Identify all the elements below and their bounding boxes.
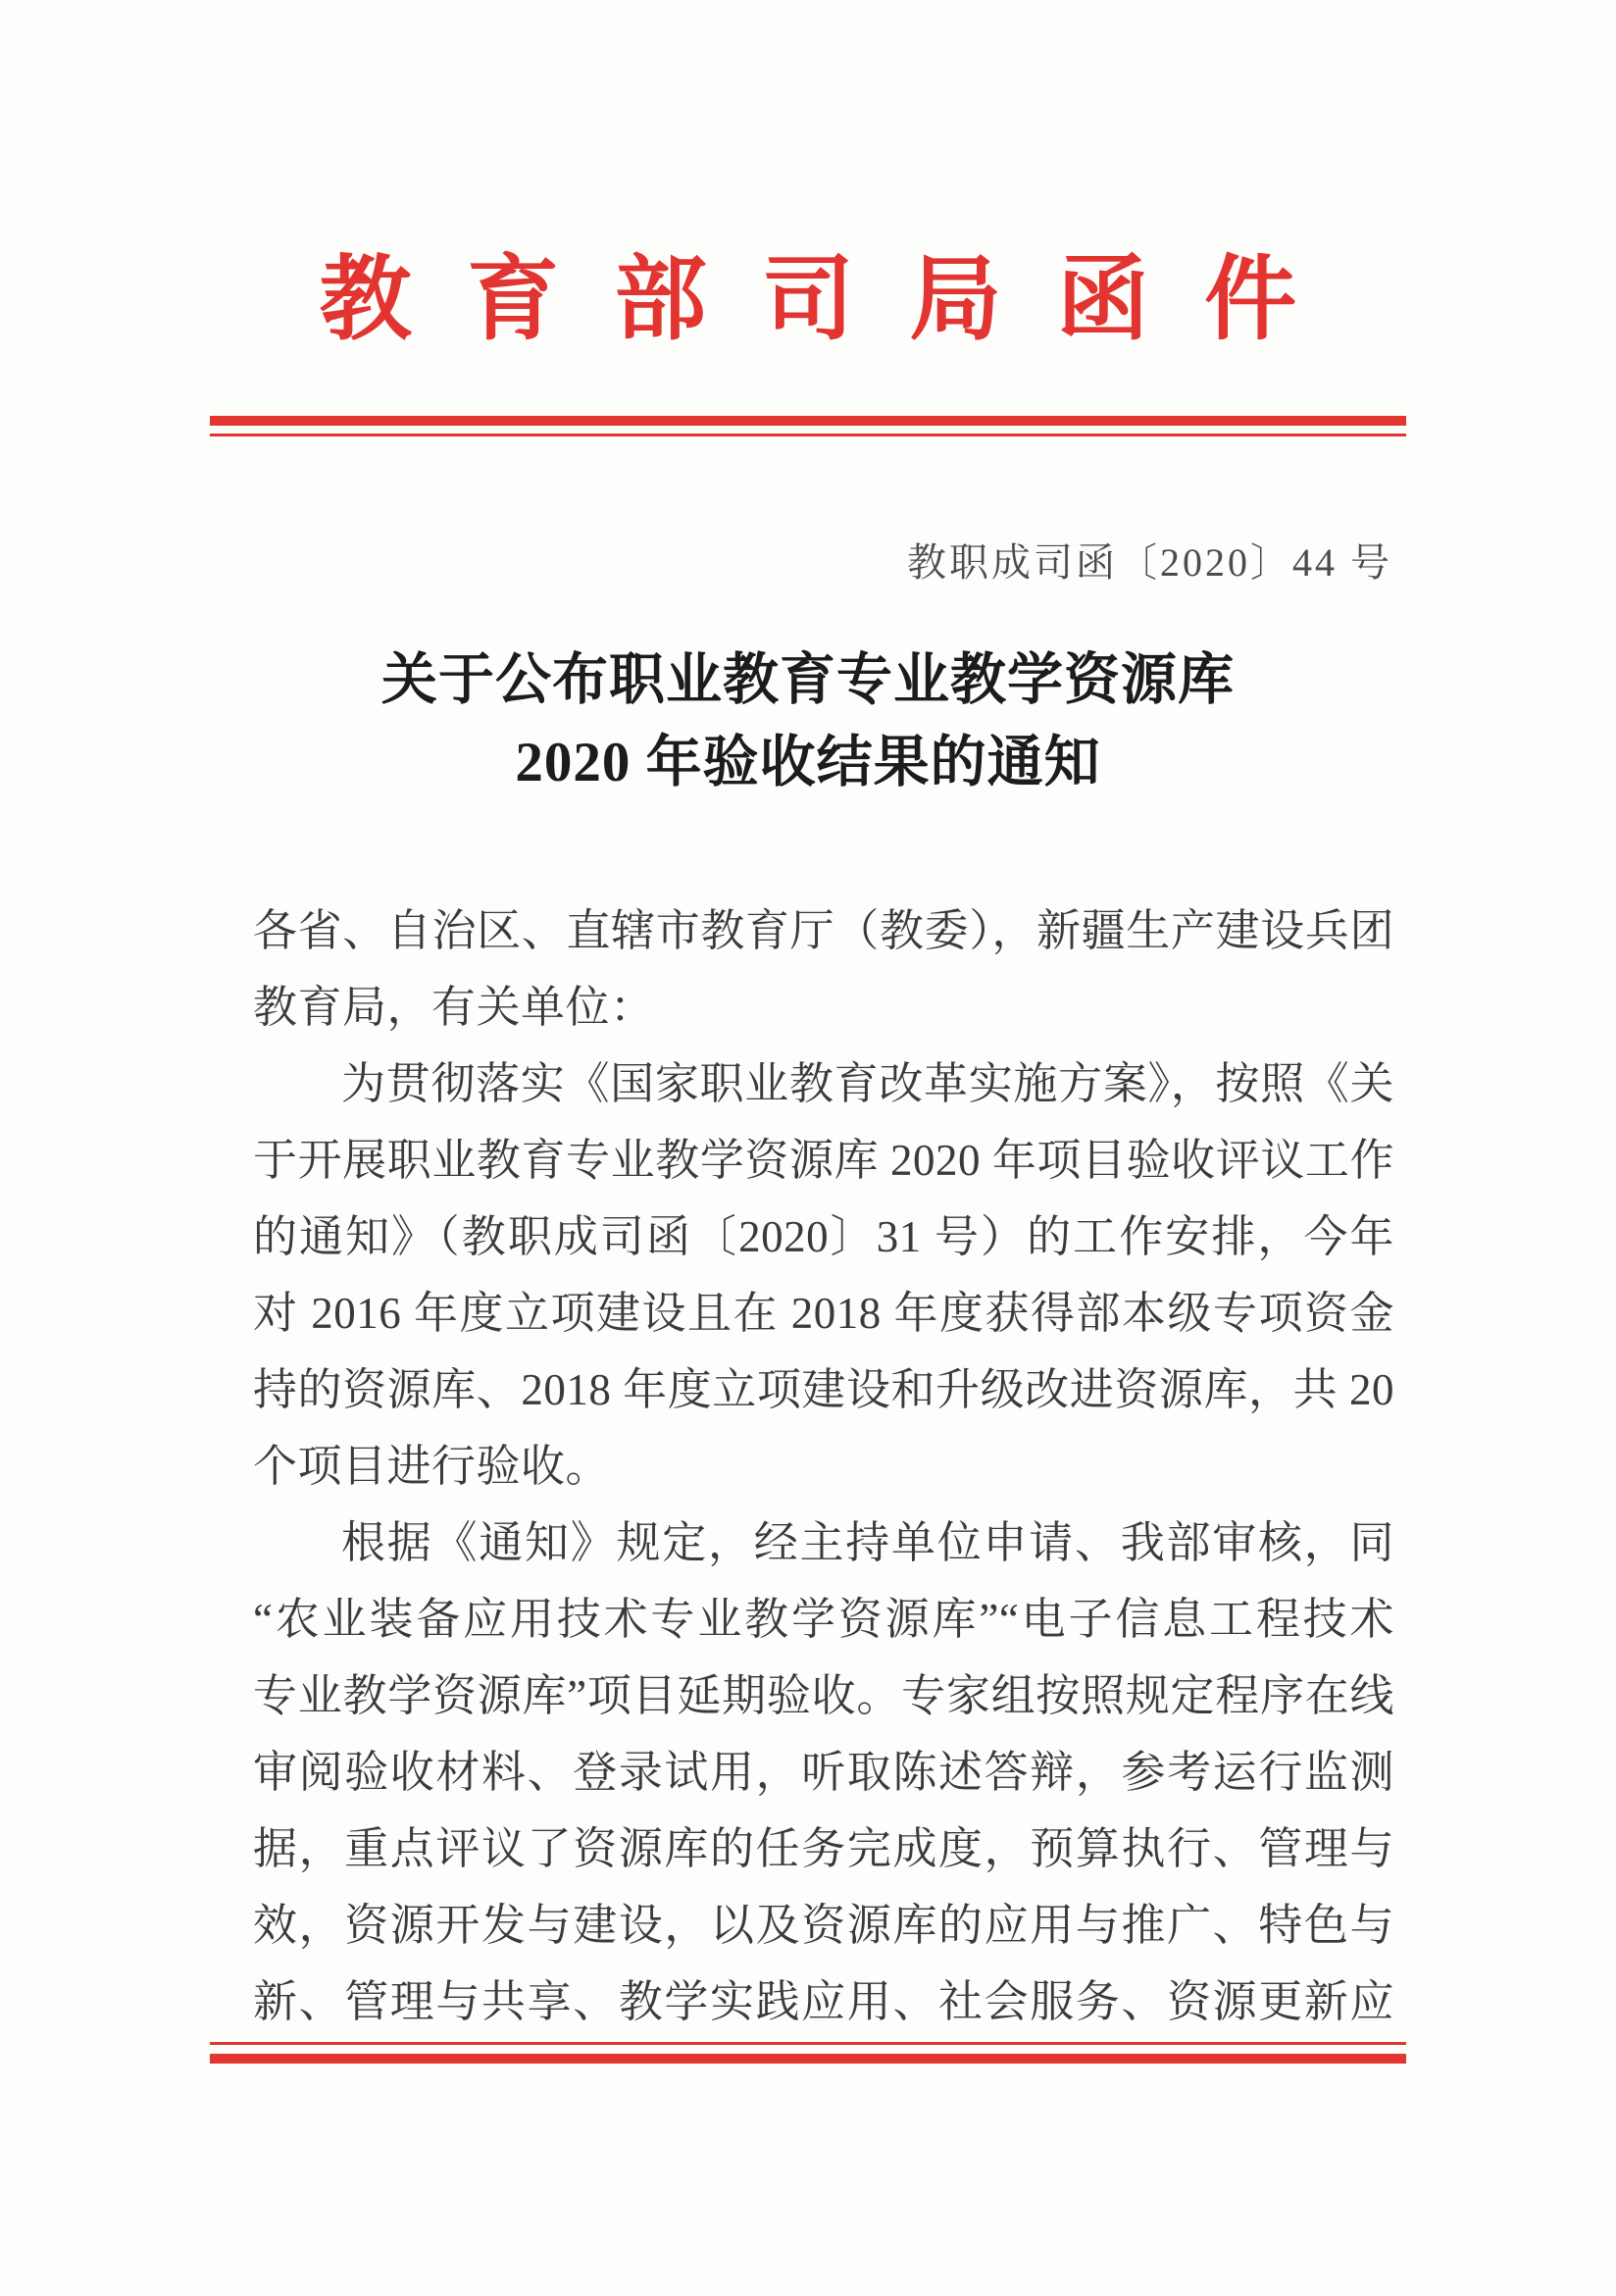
- body-line: 个项目进行验收。: [253, 1428, 1394, 1505]
- body-line: 效，资源开发与建设，以及资源库的应用与推广、特色与创: [253, 1887, 1394, 1964]
- document-title-line2: 2020 年验收结果的通知: [0, 722, 1616, 804]
- body-line: 的通知》（教职成司函〔2020〕31 号）的工作安排，今年应: [253, 1199, 1394, 1275]
- document-title-line1: 关于公布职业教育专业教学资源库: [0, 639, 1616, 722]
- document-page: 教育部司局函件 教职成司函〔2020〕44 号 关于公布职业教育专业教学资源库 …: [0, 0, 1616, 2296]
- body-line: 据，重点评议了资源库的任务完成度，预算执行、管理与绩: [253, 1811, 1394, 1887]
- top-rule-thin: [210, 434, 1406, 436]
- body-line: 为贯彻落实《国家职业教育改革实施方案》，按照《关: [253, 1046, 1394, 1122]
- body-line: 各省、自治区、直辖市教育厅（教委），新疆生产建设兵团: [253, 893, 1394, 969]
- body-line: 教育局，有关单位：: [253, 969, 1394, 1046]
- body-line: 审阅验收材料、登录试用，听取陈述答辩，参考运行监测数: [253, 1734, 1394, 1811]
- top-rule-thick: [210, 416, 1406, 426]
- letterhead-title: 教育部司局函件: [0, 243, 1616, 359]
- bottom-rule-thick: [210, 2054, 1406, 2064]
- body-line: 对 2016 年度立项建设且在 2018 年度获得部本级专项资金支: [253, 1275, 1394, 1352]
- body-line: 持的资源库、2018 年度立项建设和升级改进资源库，共 20: [253, 1352, 1394, 1428]
- body-line: “农业装备应用技术专业教学资源库”“电子信息工程技术: [253, 1581, 1394, 1658]
- body-line: 新、管理与共享、教学实践应用、社会服务、资源更新应用: [253, 1964, 1394, 2040]
- document-title: 关于公布职业教育专业教学资源库 2020 年验收结果的通知: [0, 639, 1616, 804]
- document-number: 教职成司函〔2020〕44 号: [907, 532, 1392, 587]
- bottom-rule-thin: [210, 2042, 1406, 2045]
- body-line: 专业教学资源库”项目延期验收。专家组按照规定程序在线: [253, 1658, 1394, 1734]
- document-body: 各省、自治区、直辖市教育厅（教委），新疆生产建设兵团 教育局，有关单位： 为贯彻…: [253, 893, 1394, 2040]
- body-line: 于开展职业教育专业教学资源库 2020 年项目验收评议工作: [253, 1122, 1394, 1199]
- body-line: 根据《通知》规定，经主持单位申请、我部审核，同意: [253, 1505, 1394, 1581]
